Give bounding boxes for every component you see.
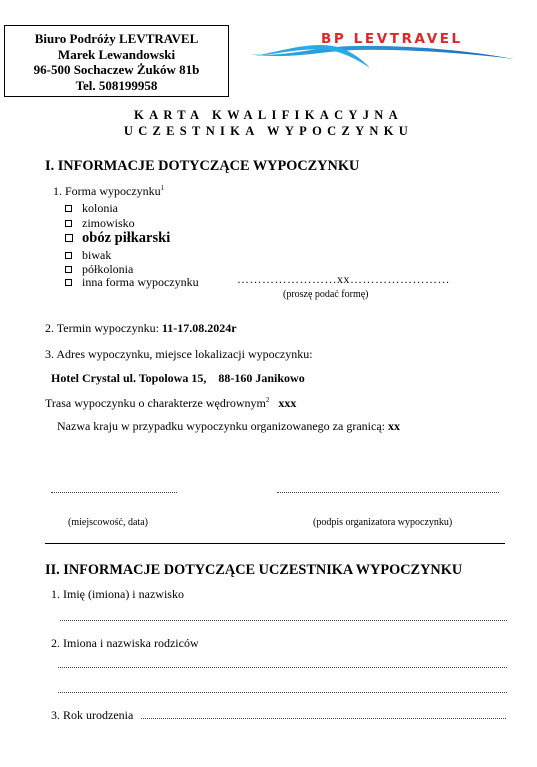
term-value: 11-17.08.2024r bbox=[162, 321, 237, 335]
place-date-field[interactable] bbox=[51, 492, 177, 493]
dots: …………………… bbox=[350, 272, 450, 286]
checkbox-icon[interactable] bbox=[65, 205, 72, 212]
checkbox-icon[interactable] bbox=[65, 279, 72, 286]
form-type-option[interactable]: zimowisko bbox=[65, 216, 135, 231]
route-value: xxx bbox=[278, 396, 296, 410]
other-form-field[interactable]: ……………………xx…………………… bbox=[237, 272, 450, 287]
section2-heading: II. INFORMACJE DOTYCZĄCE UCZESTNIKA WYPO… bbox=[45, 562, 462, 579]
country-label: Nazwa kraju w przypadku wypoczynku organ… bbox=[57, 419, 385, 433]
form-type-option[interactable]: obóz piłkarski bbox=[65, 231, 170, 246]
option-label: inna forma wypoczynku bbox=[82, 275, 199, 289]
place-date-label: (miejscowość, data) bbox=[68, 517, 148, 528]
parents-names-field-2[interactable] bbox=[58, 692, 507, 693]
section1-heading: I. INFORMACJE DOTYCZĄCE WYPOCZYNKU bbox=[45, 158, 359, 175]
birth-year-field[interactable] bbox=[141, 718, 506, 719]
dots: …………………… bbox=[237, 272, 337, 286]
option-label: obóz piłkarski bbox=[82, 230, 170, 246]
country-value: xx bbox=[388, 419, 400, 433]
birth-year-label: 3. Rok urodzenia bbox=[51, 708, 133, 723]
other-form-value: xx bbox=[337, 272, 350, 286]
address-label: 3. Adres wypoczynku, miejsce lokalizacji… bbox=[45, 347, 313, 362]
other-form-hint: (proszę podać formę) bbox=[283, 289, 369, 300]
participant-name-field[interactable] bbox=[60, 620, 507, 621]
form-title-line1: KARTA KWALIFIKACYJNA bbox=[0, 108, 537, 123]
form-type-option[interactable]: biwak bbox=[65, 248, 111, 263]
agency-address: 96-500 Sochaczew Żuków 81b bbox=[5, 62, 228, 78]
agency-phone: Tel. 508199958 bbox=[5, 78, 228, 94]
form-type-option[interactable]: inna forma wypoczynku bbox=[65, 275, 199, 290]
route-row: Trasa wypoczynku o charakterze wędrownym… bbox=[45, 396, 296, 411]
checkbox-icon[interactable] bbox=[65, 252, 72, 259]
address-value: Hotel Crystal ul. Topolowa 15, 88-160 Ja… bbox=[51, 371, 305, 386]
route-label: Trasa wypoczynku o charakterze wędrownym bbox=[45, 396, 266, 410]
agency-name: Biuro Podróży LEVTRAVEL bbox=[5, 31, 228, 47]
form-title-line2: UCZESTNIKA WYPOCZYNKU bbox=[0, 124, 537, 139]
logo-text: BP LEVTRAVEL bbox=[321, 31, 463, 47]
footnote-marker: 1 bbox=[161, 184, 165, 192]
footnote-marker: 2 bbox=[266, 396, 270, 404]
term-row: 2. Termin wypoczynku: 11-17.08.2024r bbox=[45, 321, 237, 336]
country-row: Nazwa kraju w przypadku wypoczynku organ… bbox=[57, 419, 400, 434]
organizer-signature-field[interactable] bbox=[277, 492, 499, 493]
participant-name-label: 1. Imię (imiona) i nazwisko bbox=[51, 587, 184, 602]
parents-names-field-1[interactable] bbox=[58, 667, 507, 668]
option-label: kolonia bbox=[82, 201, 118, 215]
option-label: półkolonia bbox=[82, 262, 133, 276]
checkbox-icon[interactable] bbox=[65, 266, 72, 273]
parents-names-label: 2. Imiona i nazwiska rodziców bbox=[51, 636, 199, 651]
agency-owner: Marek Lewandowski bbox=[5, 47, 228, 63]
option-label: zimowisko bbox=[82, 216, 135, 230]
form-type-label: 1. Forma wypoczynku1 bbox=[53, 184, 164, 199]
form-type-label-text: 1. Forma wypoczynku bbox=[53, 184, 161, 198]
agency-stamp: Biuro Podróży LEVTRAVEL Marek Lewandowsk… bbox=[4, 25, 229, 97]
option-label: biwak bbox=[82, 248, 111, 262]
term-label: 2. Termin wypoczynku: bbox=[45, 321, 159, 335]
checkbox-icon[interactable] bbox=[65, 234, 73, 242]
organizer-signature-label: (podpis organizatora wypoczynku) bbox=[313, 517, 452, 528]
checkbox-icon[interactable] bbox=[65, 220, 72, 227]
section-divider bbox=[45, 543, 505, 544]
form-type-option[interactable]: kolonia bbox=[65, 201, 118, 216]
company-logo: BP LEVTRAVEL bbox=[246, 26, 526, 76]
